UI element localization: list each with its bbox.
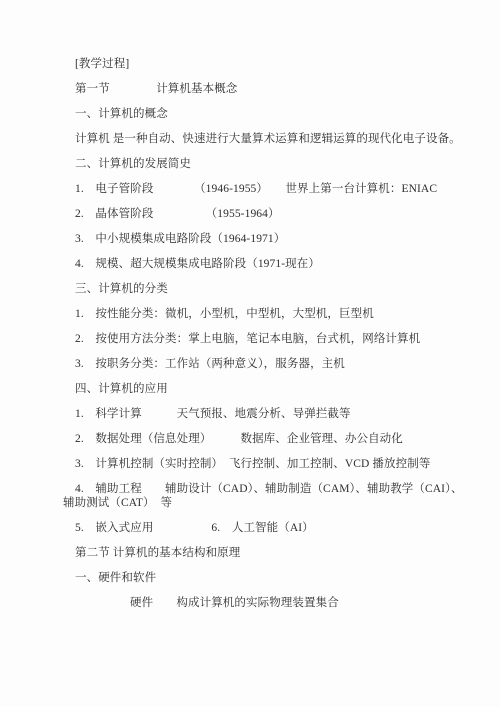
class-item-1-by-performance: 1. 按性能分类：微机，小型机，中型机，大型机，巨型机 [63,307,470,321]
section-1-heading: 第一节 计算机基本概念 [63,82,470,96]
app-item-2-data-processing: 2. 数据处理（信息处理） 数据库、企业管理、办公自动化 [63,432,470,446]
history-item-3-small-ic: 3. 中小规模集成电路阶段（1964-1971） [63,232,470,246]
class-item-3-by-role: 3. 按职务分类：工作站（两种意义），服务器，主机 [63,357,470,371]
heading-1-computer-concept: 一、计算机的概念 [63,107,470,121]
app-item-5-embedded-and-6-ai: 5. 嵌入式应用 6. 人工智能（AI） [63,521,470,535]
heading-3-classification: 三、计算机的分类 [63,282,470,296]
hardware-definition: 硬件 构成计算机的实际物理装置集合 [63,596,470,610]
history-item-4-vlsi: 4. 规模、超大规模集成电路阶段（1971-现在） [63,257,470,271]
heading-4-applications: 四、计算机的应用 [63,382,470,396]
heading-hardware-software: 一、硬件和软件 [63,571,470,585]
history-item-1-vacuum-tube: 1. 电子管阶段 （1946-1955） 世界上第一台计算机：ENIAC [63,182,470,196]
app-item-1-scientific-computing: 1. 科学计算 天气预报、地震分析、导弹拦截等 [63,407,470,421]
heading-2-development-history: 二、计算机的发展简史 [63,157,470,171]
document-page: [教学过程]第一节 计算机基本概念一、计算机的概念计算机 是一种自动、快速进行大… [0,0,500,707]
section-2-heading: 第二节 计算机的基本结构和原理 [63,546,470,560]
history-item-2-transistor: 2. 晶体管阶段 （1955-1964） [63,207,470,221]
app-item-3-computer-control: 3. 计算机控制（实时控制） 飞行控制、加工控制、VCD 播放控制等 [63,457,470,471]
document-body: [教学过程]第一节 计算机基本概念一、计算机的概念计算机 是一种自动、快速进行大… [63,57,470,610]
computer-definition-body: 计算机 是一种自动、快速进行大量算术运算和逻辑运算的现代化电子设备。 [63,132,470,146]
class-item-2-by-usage: 2. 按使用方法分类：掌上电脑，笔记本电脑，台式机，网络计算机 [63,332,470,346]
teaching-process-heading: [教学过程] [63,57,470,71]
app-item-4-aided-engineering: 4. 辅助工程 辅助设计（CAD）、辅助制造（CAM）、辅助教学（CAI）、辅助… [63,482,470,510]
